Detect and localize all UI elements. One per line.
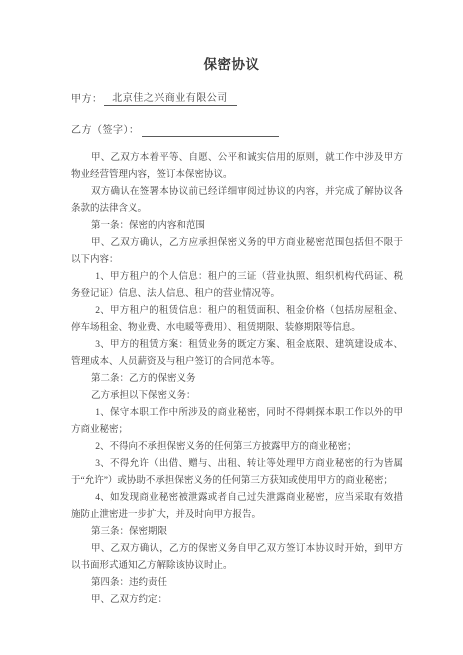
section-heading: 第一条：保密的内容和范围 [71,218,403,235]
body-paragraph: 乙方承担以下保密义务： [71,388,403,405]
clause-list-item: 3、不得允许（出借、赠与、出租、转让等处理甲方商业秘密的行为皆属于“允许”）或协… [71,456,403,490]
document-body: 甲、乙双方本着平等、自愿、公平和诚实信用的原则，就工作中涉及甲方物业经营管理内容… [0,150,463,609]
body-paragraph: 甲、乙双方确认，乙方的保密义务自甲乙双方签订本协议时开始，到甲方以书面形式通知乙… [71,541,403,575]
party-b-label: 乙方（签字）： [71,125,140,136]
document-page: 保密协议 甲方：北京佳之兴商业有限公司 乙方（签字）： 甲、乙双方本着平等、自愿… [0,0,463,655]
body-paragraph: 甲、乙双方确认，乙方应承担保密义务的甲方商业秘密范围包括但不限于以下内容： [71,235,403,269]
body-paragraph: 双方确认在签署本协议前已经详细审阅过协议的内容，并完成了解协议各条款的法律含义。 [71,184,403,218]
parties-block: 甲方：北京佳之兴商业有限公司 乙方（签字）： [0,92,463,137]
section-heading: 第三条：保密期限 [71,524,403,541]
clause-list-item: 1、甲方租户的个人信息：租户的三证（营业执照、组织机构代码证、税务登记证）信息、… [71,269,403,303]
party-a-line: 甲方：北京佳之兴商业有限公司 [71,92,401,106]
section-heading: 第四条：违约责任 [71,575,403,592]
party-b-signature-line [142,123,279,137]
body-paragraph: 甲、乙双方约定： [71,592,403,609]
document-title: 保密协议 [0,0,463,73]
party-a-name: 北京佳之兴商业有限公司 [104,92,237,106]
section-heading: 第二条：乙方的保密义务 [71,371,403,388]
party-a-label: 甲方： [71,94,103,105]
party-b-line: 乙方（签字）： [71,123,401,137]
clause-list-item: 3、甲方的租赁方案：租赁业务的既定方案、租金底限、建筑建设成本、管理成本、人员薪… [71,337,403,371]
clause-list-item: 4、如发现商业秘密被泄露或者自己过失泄露商业秘密，应当采取有效措施防止泄密进一步… [71,490,403,524]
body-paragraph: 甲、乙双方本着平等、自愿、公平和诚实信用的原则，就工作中涉及甲方物业经营管理内容… [71,150,403,184]
clause-list-item: 2、不得向不承担保密义务的任何第三方披露甲方的商业秘密； [71,439,403,456]
clause-list-item: 2、甲方租户的租赁信息：租户的租赁面积、租金价格（包括房屋租金、停车场租金、物业… [71,303,403,337]
clause-list-item: 1、保守本职工作中所涉及的商业秘密，同时不得刺探本职工作以外的甲方商业秘密； [71,405,403,439]
